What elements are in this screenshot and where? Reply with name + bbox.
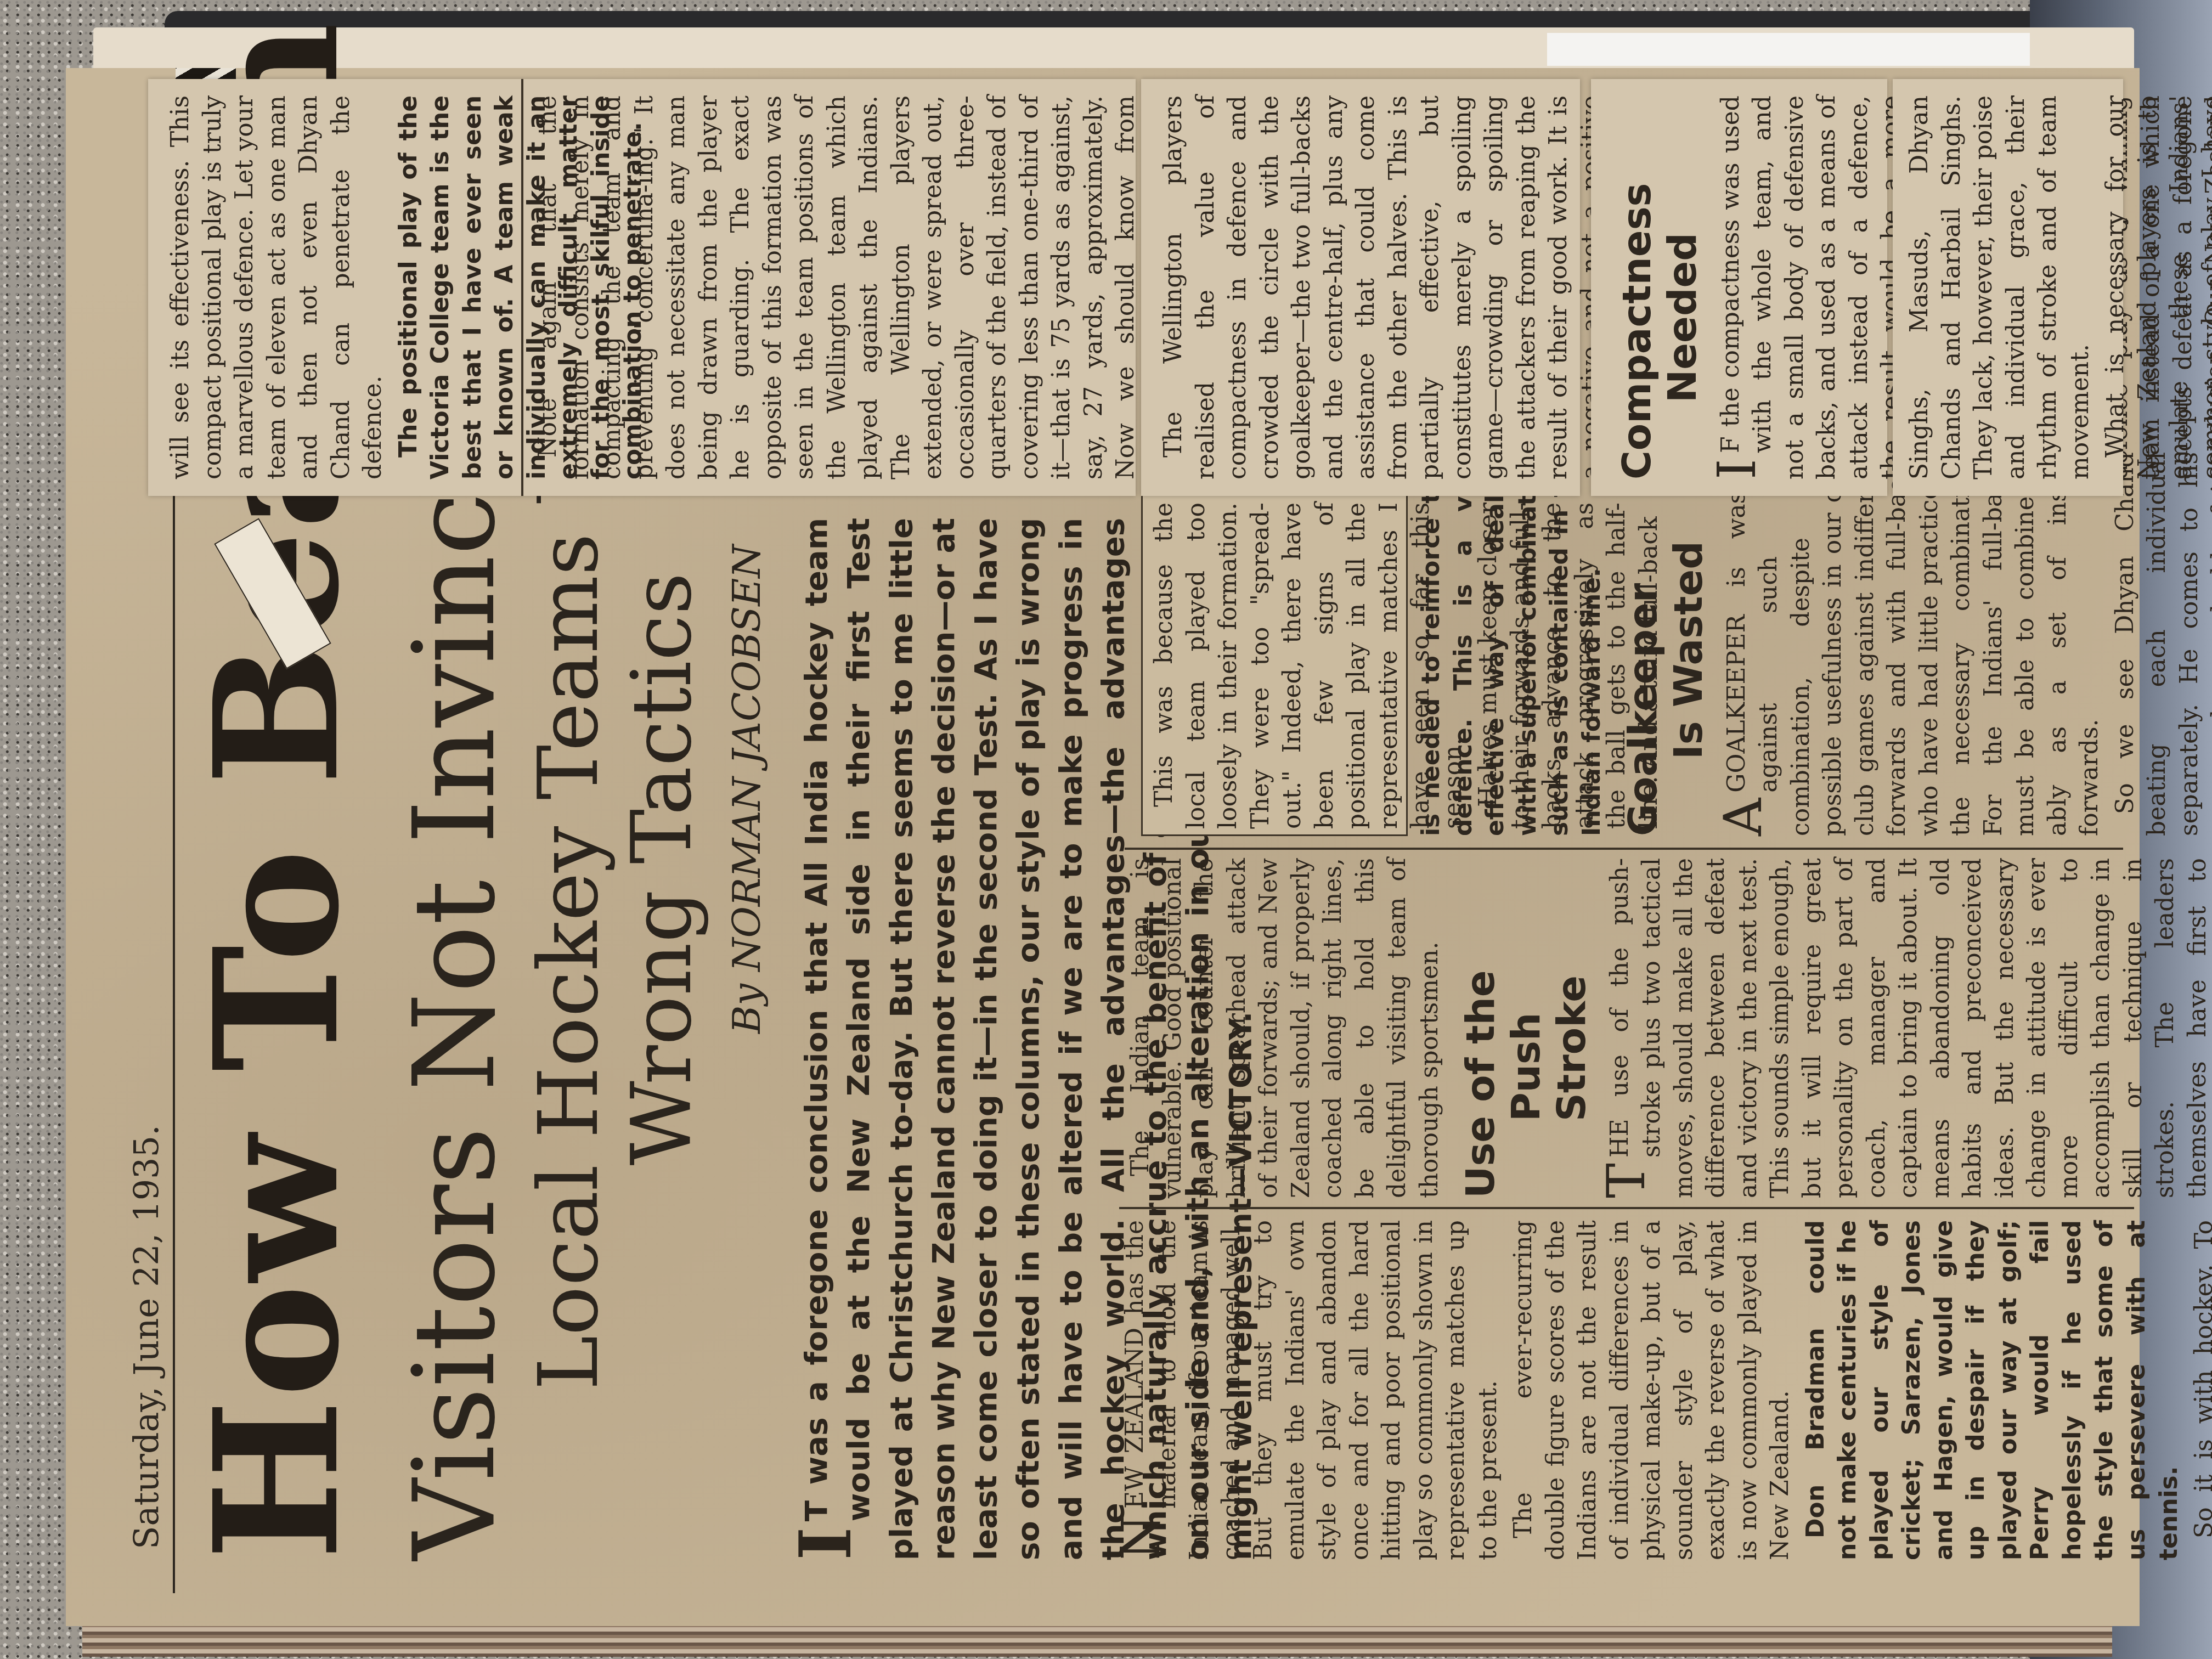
column-divider — [521, 79, 523, 496]
subheading-line: Needed — [1660, 95, 1705, 479]
subheading-line: Is Wasted — [1666, 452, 1711, 836]
dropcap: I — [795, 1527, 856, 1560]
paper-tab — [1547, 33, 2030, 66]
paragraph: The ever-recurring double figure scores … — [1508, 1220, 1797, 1560]
paragraph: AGOALKEEPER is wasted against such a com… — [1721, 452, 2106, 836]
subheading: Use of thePush Stroke — [1458, 858, 1594, 1198]
subheading: GoalkeeperIs Wasted — [1620, 452, 1711, 836]
paragraph: Singhs, Masuds, Dhyan Chands and Harbail… — [1904, 95, 2096, 479]
paragraph: So it is with hockey. To beat the Indian… — [2188, 1220, 2212, 1560]
paragraph: is needed to reinforce this defence. Thi… — [1415, 452, 1608, 836]
column-2: The Indian team is vulnerable. Good posi… — [1125, 858, 2212, 1198]
subheading-line: Use of the — [1458, 858, 1503, 1198]
paragraph: NEW ZEALAND has the material to hold the… — [1119, 1220, 1504, 1560]
column-divider — [1125, 848, 2123, 850]
column-top-e: Singhs, Masuds, Dhyan Chands and Harbail… — [1904, 95, 2212, 479]
column-divider — [1119, 1207, 2134, 1209]
deck-line-3: Wrong Tactics — [614, 348, 710, 1390]
dropcap: I — [1715, 459, 1760, 479]
column-3: is needed to reinforce this defence. Thi… — [1415, 452, 2212, 836]
paragraph: What is necessary for our New Zealand pl… — [2100, 95, 2212, 479]
dropcap: T — [1604, 1163, 1649, 1198]
subheading: CompactnessNeeded — [1614, 95, 1705, 479]
paragraph: So we see Dhyan Chand beating each indiv… — [2109, 452, 2212, 836]
paragraph: will see its effectiveness. This compact… — [165, 95, 390, 479]
dropcap: N — [1119, 1514, 1164, 1560]
dropcap: A — [1721, 798, 1766, 836]
deck-line-2: Local Hockey Teams Using — [521, 348, 617, 1390]
byline: By NORMAN JACOBSEN — [724, 544, 769, 1034]
paragraph: Don Bradman could not make centuries if … — [1800, 1220, 2185, 1560]
subheading-line: Goalkeeper — [1620, 452, 1666, 836]
newspaper-clipping: Saturday, June 22, 1935. How To Beat Th … — [66, 68, 2140, 1626]
column-1: NEW ZEALAND has the material to hold the… — [1119, 1220, 2212, 1560]
subheading-line: Push Stroke — [1503, 858, 1594, 1198]
paragraph: The Indian team is vulnerable. Good posi… — [1125, 858, 1446, 1198]
paragraph: THE use of the push-stroke plus two tact… — [1604, 858, 2212, 1198]
dateline: Saturday, June 22, 1935. — [126, 1125, 166, 1549]
pasted-clipping: This was because the local team played t… — [1141, 493, 1408, 836]
subheading-line: Compactness — [1614, 95, 1660, 479]
